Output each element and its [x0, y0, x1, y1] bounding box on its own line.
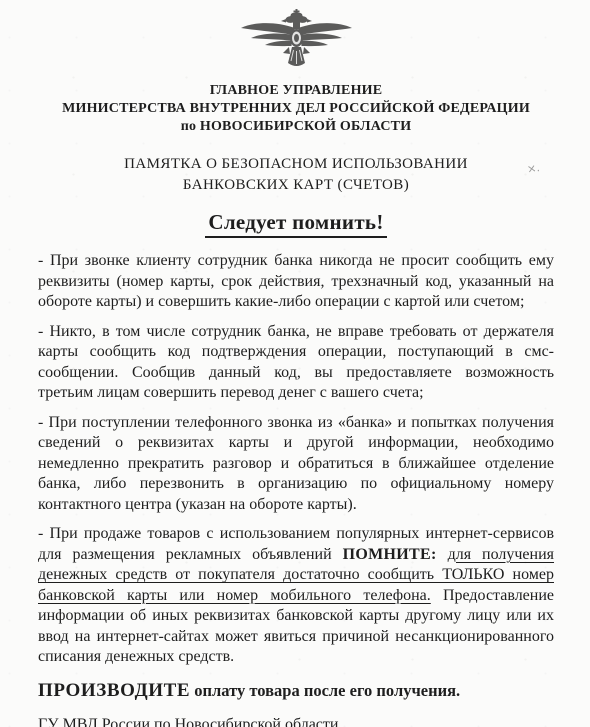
paragraph-sms-code: - Никто, в том числе сотрудник банка, не…	[38, 322, 554, 404]
paragraph-fake-bank-call: - При поступлении телефонного звонка из …	[38, 413, 554, 516]
scanned-memo-page: ГЛАВНОЕ УПРАВЛЕНИЕ МИНИСТЕРСТВА ВНУТРЕНН…	[0, 0, 590, 727]
mvd-eagle-emblem-icon	[239, 9, 354, 71]
memo-body: - При звонке клиенту сотрудник банка ник…	[38, 251, 554, 668]
paragraph-bank-call: - При звонке клиенту сотрудник банка ник…	[38, 251, 554, 313]
conclusion-line: ПРОИЗВОДИТЕ оплату товара после его полу…	[38, 680, 554, 702]
paragraph-4-remember: ПОМНИТЕ:	[343, 546, 437, 563]
handwritten-mark: ×.	[526, 161, 541, 176]
document-title: ПАМЯТКА О БЕЗОПАСНОМ ИСПОЛЬЗОВАНИИ БАНКО…	[38, 154, 554, 196]
document-title-line-2: БАНКОВСКИХ КАРТ (СЧЕТОВ)	[38, 175, 554, 196]
conclusion-emphasis: ПРОИЗВОДИТЕ	[38, 680, 190, 701]
letterhead: ГЛАВНОЕ УПРАВЛЕНИЕ МИНИСТЕРСТВА ВНУТРЕНН…	[38, 82, 554, 136]
letterhead-line-3: по НОВОСИБИРСКОЙ ОБЛАСТИ	[38, 118, 554, 136]
emblem-container	[38, 9, 554, 76]
document-title-line-1: ПАМЯТКА О БЕЗОПАСНОМ ИСПОЛЬЗОВАНИИ	[38, 154, 554, 175]
section-heading-text: Следует помнить!	[205, 210, 386, 238]
letterhead-line-2: МИНИСТЕРСТВА ВНУТРЕННИХ ДЕЛ РОССИЙСКОЙ Ф…	[38, 100, 554, 118]
section-heading: Следует помнить!	[38, 210, 554, 238]
footer-signature: ГУ МВД России по Новосибирской области	[38, 716, 554, 727]
letterhead-line-1: ГЛАВНОЕ УПРАВЛЕНИЕ	[38, 82, 554, 100]
paragraph-internet-services: - При продаже товаров с использованием п…	[38, 524, 554, 668]
conclusion-text: оплату товара после его получения.	[194, 681, 460, 700]
